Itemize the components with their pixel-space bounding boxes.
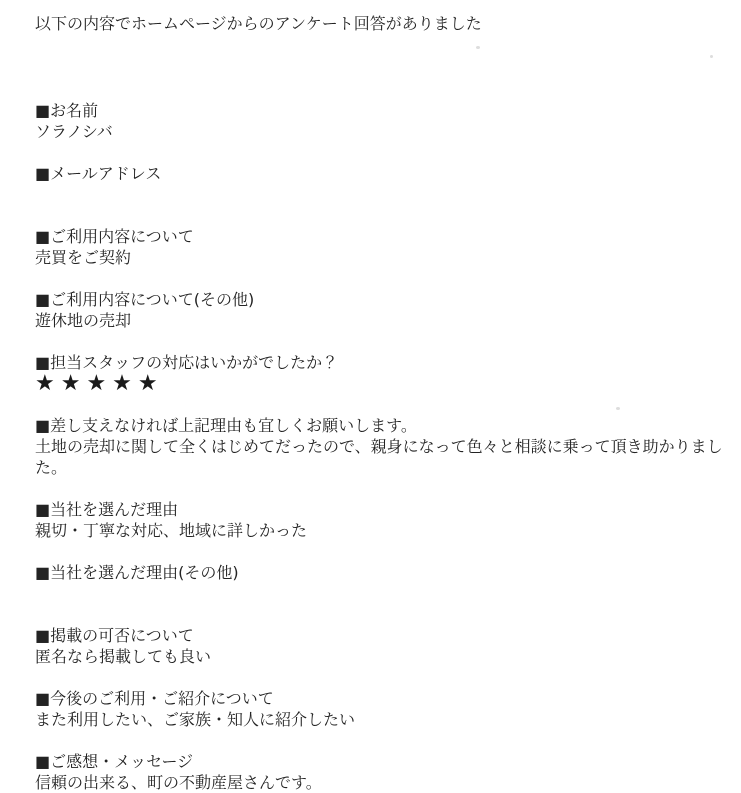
survey-section: ■ご利用内容について 売買をご契約 (35, 226, 741, 268)
answer-text: 信頼の出来る、町の不動産屋さんです。 (35, 772, 741, 787)
answer-text: 親切・丁寧な対応、地域に詳しかった (35, 520, 741, 541)
answer-text: ソラノシバ (35, 121, 741, 142)
question-heading: ■お名前 (35, 100, 741, 121)
question-heading: ■ご利用内容について(その他) (35, 289, 741, 310)
question-heading: ■差し支えなければ上記理由も宜しくお願いします。 (35, 415, 741, 436)
answer-text (35, 184, 741, 205)
survey-section: ■差し支えなければ上記理由も宜しくお願いします。 土地の売却に関して全くはじめて… (35, 415, 741, 478)
scan-speck (476, 46, 480, 49)
survey-section: ■メールアドレス (35, 163, 741, 205)
question-heading: ■掲載の可否について (35, 625, 741, 646)
question-heading: ■当社を選んだ理由 (35, 499, 741, 520)
survey-section: ■担当スタッフの対応はいかがでしたか？ ★★★★★ (35, 352, 741, 394)
answer-text (35, 583, 741, 604)
survey-section: ■掲載の可否について 匿名なら掲載しても良い (35, 625, 741, 667)
question-heading: ■ご感想・メッセージ (35, 751, 741, 772)
survey-section: ■ご利用内容について(その他) 遊休地の売却 (35, 289, 741, 331)
answer-text: 土地の売却に関して全くはじめてだったので、親身になって色々と相談に乗って頂き助か… (35, 436, 741, 478)
intro-line: 以下の内容でホームページからのアンケート回答がありました (35, 13, 741, 34)
answer-text: 遊休地の売却 (35, 310, 741, 331)
scanned-survey-document: 以下の内容でホームページからのアンケート回答がありました ■お名前 ソラノシバ … (0, 0, 741, 787)
survey-section: ■今後のご利用・ご紹介について また利用したい、ご家族・知人に紹介したい (35, 688, 741, 730)
survey-section: ■当社を選んだ理由(その他) (35, 562, 741, 604)
survey-section: ■お名前 ソラノシバ (35, 100, 741, 142)
survey-section: ■ご感想・メッセージ 信頼の出来る、町の不動産屋さんです。 (35, 751, 741, 787)
answer-text: ★★★★★ (35, 373, 741, 394)
survey-section: ■当社を選んだ理由 親切・丁寧な対応、地域に詳しかった (35, 499, 741, 541)
question-heading: ■今後のご利用・ご紹介について (35, 688, 741, 709)
answer-text: 売買をご契約 (35, 247, 741, 268)
question-heading: ■当社を選んだ理由(その他) (35, 562, 741, 583)
answer-text: 匿名なら掲載しても良い (35, 646, 741, 667)
question-heading: ■担当スタッフの対応はいかがでしたか？ (35, 352, 741, 373)
question-heading: ■ご利用内容について (35, 226, 741, 247)
question-heading: ■メールアドレス (35, 163, 741, 184)
answer-text: また利用したい、ご家族・知人に紹介したい (35, 709, 741, 730)
survey-sections: ■お名前 ソラノシバ ■メールアドレス ■ご利用内容について 売買をご契約 ■ご… (35, 100, 741, 787)
scan-speck (710, 55, 713, 58)
scan-speck (616, 407, 620, 410)
